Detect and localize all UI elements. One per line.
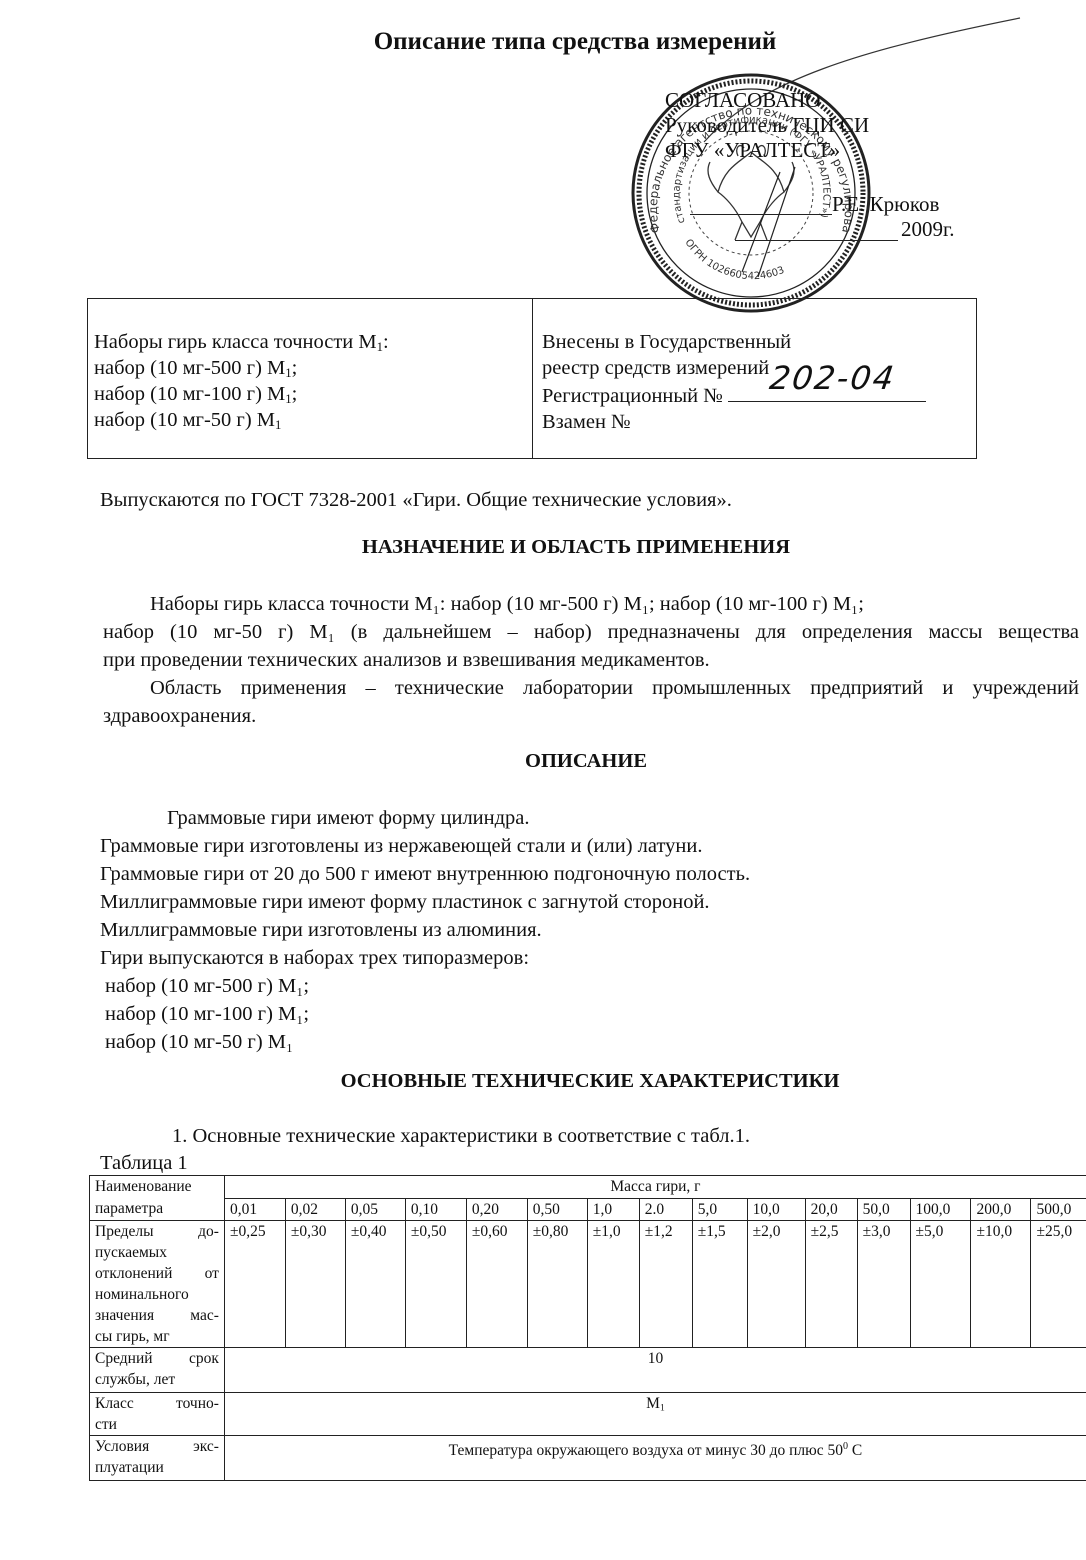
specs-table: Наименование параметра Масса гири, г 0,0… xyxy=(89,1175,1086,1481)
mass-cell: 50,0 xyxy=(857,1198,910,1221)
tolerance-cell: ±0,50 xyxy=(405,1221,466,1348)
service-life-value: 10 xyxy=(224,1348,1086,1393)
purpose-paragraph: Наборы гирь класса точности M₁: набор (1… xyxy=(103,590,1079,730)
tolerance-cell: ±1,0 xyxy=(587,1221,639,1348)
signature-line xyxy=(690,214,832,215)
accuracy-class-row: Класс точно- сти M1 xyxy=(90,1393,1086,1436)
mass-cell: 1,0 xyxy=(587,1198,639,1221)
specs-intro: 1. Основные технические характеристики в… xyxy=(172,1122,750,1150)
mass-cell: 0,10 xyxy=(405,1198,466,1221)
approval-line-head: Руководитель ГЦИ СИ xyxy=(665,113,869,138)
mass-cell: 0,50 xyxy=(527,1198,587,1221)
table-caption: Таблица 1 xyxy=(100,1149,188,1177)
tolerance-cell: ±0,80 xyxy=(527,1221,587,1348)
registration-header-box: Наборы гирь класса точности M1: набор (1… xyxy=(87,298,977,459)
mass-cell: 0,01 xyxy=(224,1198,285,1221)
mass-values-row: 0,01 0,02 0,05 0,10 0,20 0,50 1,0 2.0 5,… xyxy=(90,1198,1086,1221)
description-line: Граммовые гири изготовлены из нержавеюще… xyxy=(100,832,750,860)
tolerance-label-cell: Пределы до- пускаемых отклонений от номи… xyxy=(90,1221,225,1348)
tolerance-cell: ±0,60 xyxy=(466,1221,527,1348)
weight-sets-list: Наборы гирь класса точности M1: набор (1… xyxy=(94,329,389,433)
approval-year: 2009г. xyxy=(901,217,955,242)
standard-reference: Выпускаются по ГОСТ 7328-2001 «Гири. Общ… xyxy=(100,486,732,514)
operating-conditions-label-cell: Условия экс- плуатации xyxy=(90,1436,225,1481)
section-heading-specs: ОСНОВНЫЕ ТЕХНИЧЕСКИЕ ХАРАКТЕРИСТИКИ xyxy=(0,1070,1086,1093)
description-line: набор (10 мг-100 г) M₁; xyxy=(100,1000,750,1028)
description-line: Миллиграммовые гири изготовлены из алюми… xyxy=(100,916,750,944)
accuracy-class-value: M1 xyxy=(224,1393,1086,1436)
tolerance-cell: ±2,0 xyxy=(747,1221,805,1348)
description-line: Гири выпускаются в наборах трех типоразм… xyxy=(100,944,750,972)
registration-number-value: 202-04 xyxy=(768,365,897,391)
approval-line-org: ФГУ «УРАЛТЕСТ» xyxy=(665,138,840,163)
mass-cell: 0,05 xyxy=(345,1198,405,1221)
operating-conditions-value: Температура окружающего воздуха от минус… xyxy=(224,1436,1086,1481)
tolerance-cell: ±10,0 xyxy=(971,1221,1031,1348)
registry-line-1: Внесены в Государственный xyxy=(542,329,926,355)
mass-cell: 5,0 xyxy=(692,1198,747,1221)
svg-text:ОГРН 1026605424603: ОГРН 1026605424603 xyxy=(682,237,786,282)
description-line: набор (10 мг-50 г) M₁ xyxy=(100,1028,750,1056)
weight-sets-title: Наборы гирь класса точности M1: xyxy=(94,329,389,355)
description-line: Граммовые гири имеют форму цилиндра. xyxy=(100,804,750,832)
mass-cell: 0,20 xyxy=(466,1198,527,1221)
signatory-name: Р.Е. Крюков xyxy=(832,192,939,217)
weight-set-item: набор (10 мг-100 г) M1; xyxy=(94,381,389,407)
registration-number-row: Регистрационный № 202-04 xyxy=(542,381,926,409)
weight-set-item: набор (10 мг-500 г) M1; xyxy=(94,355,389,381)
description-line: Граммовые гири от 20 до 500 г имеют внут… xyxy=(100,860,750,888)
replaces-number-row: Взамен № xyxy=(542,409,926,435)
mass-header-cell: Масса гири, г xyxy=(224,1176,1086,1199)
mass-cell: 2.0 xyxy=(639,1198,692,1221)
section-heading-description: ОПИСАНИЕ xyxy=(0,750,1086,773)
tolerance-cell: ±0,25 xyxy=(224,1221,285,1348)
description-list: Граммовые гири имеют форму цилиндра. Гра… xyxy=(100,804,750,1056)
tolerance-cell: ±1,5 xyxy=(692,1221,747,1348)
weight-set-item: набор (10 мг-50 г) M1 xyxy=(94,407,389,433)
tolerance-row: Пределы до- пускаемых отклонений от номи… xyxy=(90,1221,1086,1348)
tolerance-cell: ±25,0 xyxy=(1031,1221,1086,1348)
operating-conditions-row: Условия экс- плуатации Температура окруж… xyxy=(90,1436,1086,1481)
mass-cell: 100,0 xyxy=(910,1198,971,1221)
mass-cell: 0,02 xyxy=(285,1198,345,1221)
mass-cell: 500,0 xyxy=(1031,1198,1086,1221)
accuracy-class-label-cell: Класс точно- сти xyxy=(90,1393,225,1436)
tolerance-cell: ±0,40 xyxy=(345,1221,405,1348)
registration-number-field: 202-04 xyxy=(728,381,926,402)
tolerance-cell: ±5,0 xyxy=(910,1221,971,1348)
table-header-row: Наименование параметра Масса гири, г xyxy=(90,1176,1086,1199)
mass-cell: 20,0 xyxy=(805,1198,857,1221)
tolerance-cell: ±1,2 xyxy=(639,1221,692,1348)
date-line xyxy=(735,240,898,241)
header-box-divider xyxy=(532,299,533,458)
registry-info: Внесены в Государственный реестр средств… xyxy=(542,329,926,435)
section-heading-purpose: НАЗНАЧЕНИЕ И ОБЛАСТЬ ПРИМЕНЕНИЯ xyxy=(0,536,1086,559)
approval-line-agreed: СОГЛАСОВАНО xyxy=(665,88,820,113)
tolerance-cell: ±2,5 xyxy=(805,1221,857,1348)
param-header-cell: Наименование параметра xyxy=(90,1176,225,1221)
tolerance-cell: ±0,30 xyxy=(285,1221,345,1348)
mass-cell: 200,0 xyxy=(971,1198,1031,1221)
mass-cell: 10,0 xyxy=(747,1198,805,1221)
service-life-row: Средний срок службы, лет 10 xyxy=(90,1348,1086,1393)
tolerance-cell: ±3,0 xyxy=(857,1221,910,1348)
description-line: набор (10 мг-500 г) M₁; xyxy=(100,972,750,1000)
service-life-label-cell: Средний срок службы, лет xyxy=(90,1348,225,1393)
description-line: Миллиграммовые гири имеют форму пластино… xyxy=(100,888,750,916)
